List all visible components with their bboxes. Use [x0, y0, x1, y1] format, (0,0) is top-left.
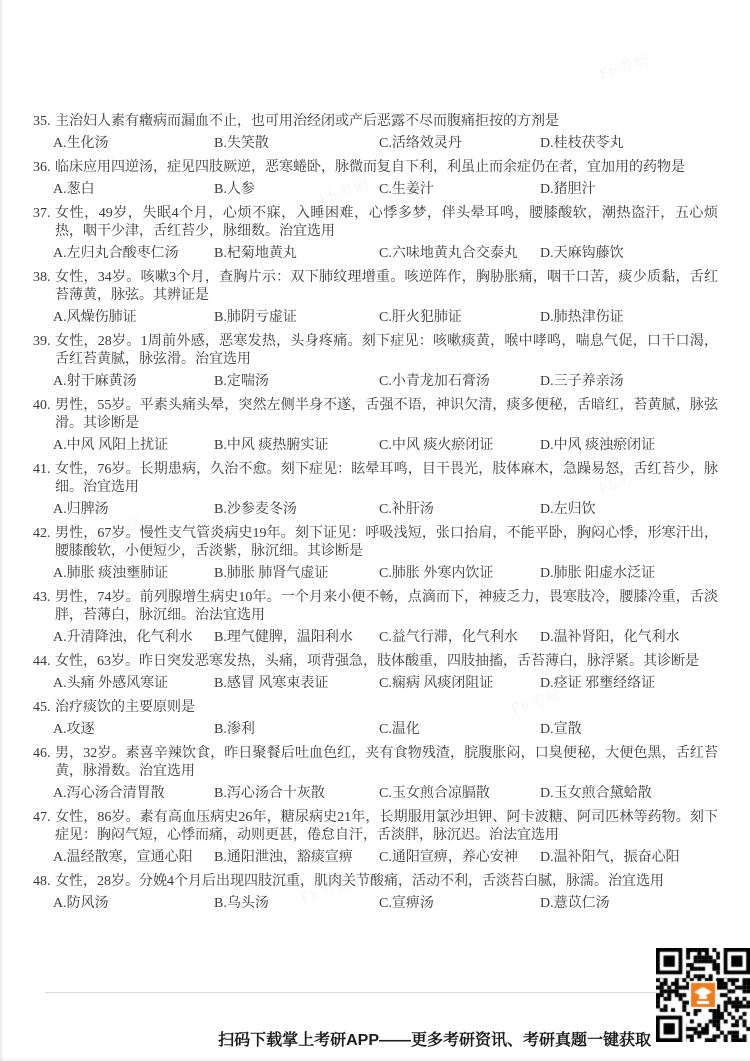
option-a: A.攻逐 — [53, 721, 214, 739]
question: 46. 男，32岁。素喜辛辣饮食，昨日聚餐后吐血色红，夹有食物残渣，脘腹胀闷，口… — [33, 745, 718, 803]
option-b: B.感冒 风寒束表证 — [214, 675, 379, 693]
question-number: 42. — [33, 525, 55, 561]
option-b: B.杞菊地黄丸 — [214, 245, 379, 263]
question-number: 45. — [33, 699, 55, 717]
option-b: B.泻心汤合十灰散 — [214, 785, 379, 803]
option-d: D.猪胆汁 — [540, 181, 718, 199]
question-number: 43. — [33, 589, 55, 625]
question-options: A.温经散寒，宣通心阳 B.通阳泄浊，豁痰宣痹 C.通阳宣痹，养心安神 D.温补… — [33, 849, 718, 867]
question: 36. 临床应用四逆汤，症见四肢厥逆，恶寒蜷卧，脉微而复自下利，利虽止而余症仍在… — [33, 159, 718, 199]
option-b: B.乌头汤 — [214, 895, 379, 913]
option-b: B.人参 — [214, 181, 379, 199]
question-stem-row: 41. 女性，76岁。长期患病，久治不愈。刻下症见：眩晕耳鸣，目干畏光，肢体麻木… — [33, 461, 718, 497]
qr-code — [656, 948, 750, 1042]
option-b: B.理气健脾，温阳利水 — [214, 629, 379, 647]
question-stem-row: 36. 临床应用四逆汤，症见四肢厥逆，恶寒蜷卧，脉微而复自下利，利虽止而余症仍在… — [33, 159, 718, 177]
option-c: C.肺胀 外寒内饮证 — [379, 565, 540, 583]
question-stem-row: 45. 治疗痰饮的主要原则是 — [33, 699, 718, 717]
option-d: D.桂枝茯苓丸 — [540, 135, 718, 153]
option-a: A.温经散寒，宣通心阳 — [53, 849, 214, 867]
option-d: D.左归饮 — [540, 501, 718, 519]
question-number: 46. — [33, 745, 55, 781]
question-stem: 女性，76岁。长期患病，久治不愈。刻下症见：眩晕耳鸣，目干畏光，肢体麻木，急躁易… — [55, 461, 718, 497]
option-b: B.沙参麦冬汤 — [214, 501, 379, 519]
question-options: A.风燥伤肺证 B.肺阴亏虚证 C.肝火犯肺证 D.肺热津伤证 — [33, 309, 718, 327]
option-a: A.中风 风阳上扰证 — [53, 437, 214, 455]
option-c: C.通阳宣痹，养心安神 — [379, 849, 540, 867]
question-number: 35. — [33, 113, 55, 131]
exam-page: Fb考研 Fb考研 Fb考研 Fb考研 Fb考研 Fb考研 35. 主治妇人素有… — [0, 0, 750, 1061]
option-c: C.痫病 风痰闭阻证 — [379, 675, 540, 693]
footer-caption: 扫码下载掌上考研APP——更多考研资讯、考研真题一键获取 — [218, 1027, 651, 1050]
question-number: 41. — [33, 461, 55, 497]
option-a: A.生化汤 — [53, 135, 214, 153]
option-b: B.肺胀 肺肾气虚证 — [214, 565, 379, 583]
option-a: A.升清降浊，化气利水 — [53, 629, 214, 647]
option-d: D.中风 痰浊瘀闭证 — [540, 437, 718, 455]
option-d: D.肺胀 阳虚水泛证 — [540, 565, 718, 583]
question-number: 39. — [33, 333, 55, 369]
option-d: D.温补肾阳，化气利水 — [540, 629, 718, 647]
option-c: C.温化 — [379, 721, 540, 739]
question: 44. 女性，63岁。昨日突发恶寒发热，头痛，项背强急，肢体酸重，四肢抽搐，舌苔… — [33, 653, 718, 693]
question-stem: 女性，63岁。昨日突发恶寒发热，头痛，项背强急，肢体酸重，四肢抽搐，舌苔薄白，脉… — [55, 653, 718, 671]
option-c: C.玉女煎合凉膈散 — [379, 785, 540, 803]
question: 48. 女性，28岁。分娩4个月后出现四肢沉重，肌肉关节酸痛，活动不利，舌淡苔白… — [33, 873, 718, 913]
question-number: 37. — [33, 205, 55, 241]
question-number: 47. — [33, 809, 55, 845]
option-b: B.肺阴亏虚证 — [214, 309, 379, 327]
question: 40. 男性，55岁。平素头痛头晕，突然左侧半身不遂，舌强不语，神识欠清，痰多便… — [33, 397, 718, 455]
option-c: C.生姜汁 — [379, 181, 540, 199]
question-stem: 主治妇人素有癥病而漏血不止，也可用治经闭或产后恶露不尽而腹痛拒按的方剂是 — [55, 113, 718, 131]
question-stem: 男，32岁。素喜辛辣饮食，昨日聚餐后吐血色红，夹有食物残渣，脘腹胀闷，口臭便秘，… — [55, 745, 718, 781]
question-stem-row: 35. 主治妇人素有癥病而漏血不止，也可用治经闭或产后恶露不尽而腹痛拒按的方剂是 — [33, 113, 718, 131]
question: 45. 治疗痰饮的主要原则是 A.攻逐 B.渗利 C.温化 D.宣散 — [33, 699, 718, 739]
question-number: 40. — [33, 397, 55, 433]
option-b: B.通阳泄浊，豁痰宣痹 — [214, 849, 379, 867]
question-options: A.左归丸合酸枣仁汤 B.杞菊地黄丸 C.六味地黄丸合交泰丸 D.天麻钩藤饮 — [33, 245, 718, 263]
question-options: A.头痛 外感风寒证 B.感冒 风寒束表证 C.痫病 风痰闭阻证 D.痉证 邪壅… — [33, 675, 718, 693]
question-options: A.肺胀 痰浊壅肺证 B.肺胀 肺肾气虚证 C.肺胀 外寒内饮证 D.肺胀 阳虚… — [33, 565, 718, 583]
footer-divider — [45, 992, 750, 993]
question-options: A.归脾汤 B.沙参麦冬汤 C.补肝汤 D.左归饮 — [33, 501, 718, 519]
question: 39. 女性，28岁。1周前外感，恶寒发热，头身疼痛。刻下症见：咳嗽痰黄，喉中哮… — [33, 333, 718, 391]
question-stem-row: 44. 女性，63岁。昨日突发恶寒发热，头痛，项背强急，肢体酸重，四肢抽搐，舌苔… — [33, 653, 718, 671]
question-stem: 男性，74岁。前列腺增生病史10年。一个月来小便不畅，点滴而下，神疲乏力，畏寒肢… — [55, 589, 718, 625]
question-stem-row: 37. 女性，49岁，失眠4个月，心烦不寐，入睡困难，心悸多梦，伴头晕耳鸣，腰膝… — [33, 205, 718, 241]
watermark: Fb考研 — [596, 47, 654, 84]
question: 35. 主治妇人素有癥病而漏血不止，也可用治经闭或产后恶露不尽而腹痛拒按的方剂是… — [33, 113, 718, 153]
option-b: B.失笑散 — [214, 135, 379, 153]
option-a: A.归脾汤 — [53, 501, 214, 519]
question-options: A.防风汤 B.乌头汤 C.宣痹汤 D.薏苡仁汤 — [33, 895, 718, 913]
question-number: 36. — [33, 159, 55, 177]
question-number: 38. — [33, 269, 55, 305]
question-stem: 临床应用四逆汤，症见四肢厥逆，恶寒蜷卧，脉微而复自下利，利虽止而余症仍在者，宜加… — [55, 159, 718, 177]
question-options: A.葱白 B.人参 C.生姜汁 D.猪胆汁 — [33, 181, 718, 199]
option-a: A.葱白 — [53, 181, 214, 199]
option-d: D.痉证 邪壅经络证 — [540, 675, 718, 693]
option-a: A.肺胀 痰浊壅肺证 — [53, 565, 214, 583]
option-d: D.天麻钩藤饮 — [540, 245, 718, 263]
option-c: C.宣痹汤 — [379, 895, 540, 913]
question: 41. 女性，76岁。长期患病，久治不愈。刻下症见：眩晕耳鸣，目干畏光，肢体麻木… — [33, 461, 718, 519]
question-stem-row: 39. 女性，28岁。1周前外感，恶寒发热，头身疼痛。刻下症见：咳嗽痰黄，喉中哮… — [33, 333, 718, 369]
option-a: A.头痛 外感风寒证 — [53, 675, 214, 693]
question-list: 35. 主治妇人素有癥病而漏血不止，也可用治经闭或产后恶露不尽而腹痛拒按的方剂是… — [0, 113, 750, 919]
option-c: C.中风 痰火瘀闭证 — [379, 437, 540, 455]
question-options: A.中风 风阳上扰证 B.中风 痰热腑实证 C.中风 痰火瘀闭证 D.中风 痰浊… — [33, 437, 718, 455]
question-stem: 女性，34岁。咳嗽3个月，查胸片示：双下肺纹理增重。咳逆阵作，胸胁胀痛，咽干口苦… — [55, 269, 718, 305]
option-d: D.三子养亲汤 — [540, 373, 718, 391]
option-d: D.肺热津伤证 — [540, 309, 718, 327]
question-options: A.攻逐 B.渗利 C.温化 D.宣散 — [33, 721, 718, 739]
question-number: 48. — [33, 873, 55, 891]
question-stem: 男性，55岁。平素头痛头晕，突然左侧半身不遂，舌强不语，神识欠清，痰多便秘，舌暗… — [55, 397, 718, 433]
question-stem-row: 48. 女性，28岁。分娩4个月后出现四肢沉重，肌肉关节酸痛，活动不利，舌淡苔白… — [33, 873, 718, 891]
question-number: 44. — [33, 653, 55, 671]
question-stem-row: 46. 男，32岁。素喜辛辣饮食，昨日聚餐后吐血色红，夹有食物残渣，脘腹胀闷，口… — [33, 745, 718, 781]
option-a: A.风燥伤肺证 — [53, 309, 214, 327]
option-d: D.薏苡仁汤 — [540, 895, 718, 913]
option-b: B.中风 痰热腑实证 — [214, 437, 379, 455]
option-a: A.泻心汤合清胃散 — [53, 785, 214, 803]
option-d: D.玉女煎合黛蛤散 — [540, 785, 718, 803]
question-options: A.生化汤 B.失笑散 C.活络效灵丹 D.桂枝茯苓丸 — [33, 135, 718, 153]
option-a: A.左归丸合酸枣仁汤 — [53, 245, 214, 263]
question-stem: 男性，67岁。慢性支气管炎病史19年。刻下证见：呼吸浅短，张口抬肩，不能平卧，胸… — [55, 525, 718, 561]
question: 47. 女性，86岁。素有高血压病史26年，糖尿病史21年，长期服用氯沙坦钾、阿… — [33, 809, 718, 867]
question: 37. 女性，49岁，失眠4个月，心烦不寐，入睡困难，心悸多梦，伴头晕耳鸣，腰膝… — [33, 205, 718, 263]
option-c: C.益气行滞，化气利水 — [379, 629, 540, 647]
question-stem: 女性，28岁。分娩4个月后出现四肢沉重，肌肉关节酸痛，活动不利，舌淡苔白腻，脉濡… — [55, 873, 718, 891]
option-c: C.补肝汤 — [379, 501, 540, 519]
question: 42. 男性，67岁。慢性支气管炎病史19年。刻下证见：呼吸浅短，张口抬肩，不能… — [33, 525, 718, 583]
option-c: C.活络效灵丹 — [379, 135, 540, 153]
option-c: C.小青龙加石膏汤 — [379, 373, 540, 391]
option-b: B.定喘汤 — [214, 373, 379, 391]
question-options: A.射干麻黄汤 B.定喘汤 C.小青龙加石膏汤 D.三子养亲汤 — [33, 373, 718, 391]
question-stem: 女性，86岁。素有高血压病史26年，糖尿病史21年，长期服用氯沙坦钾、阿卡波糖、… — [55, 809, 718, 845]
question-stem-row: 47. 女性，86岁。素有高血压病史26年，糖尿病史21年，长期服用氯沙坦钾、阿… — [33, 809, 718, 845]
question-stem: 女性，49岁，失眠4个月，心烦不寐，入睡困难，心悸多梦，伴头晕耳鸣，腰膝酸软，潮… — [55, 205, 718, 241]
question-stem-row: 40. 男性，55岁。平素头痛头晕，突然左侧半身不遂，舌强不语，神识欠清，痰多便… — [33, 397, 718, 433]
option-b: B.渗利 — [214, 721, 379, 739]
question-stem: 女性，28岁。1周前外感，恶寒发热，头身疼痛。刻下症见：咳嗽痰黄，喉中哮鸣，喘息… — [55, 333, 718, 369]
option-c: C.六味地黄丸合交泰丸 — [379, 245, 540, 263]
question-options: A.升清降浊，化气利水 B.理气健脾，温阳利水 C.益气行滞，化气利水 D.温补… — [33, 629, 718, 647]
question-stem-row: 42. 男性，67岁。慢性支气管炎病史19年。刻下证见：呼吸浅短，张口抬肩，不能… — [33, 525, 718, 561]
question: 43. 男性，74岁。前列腺增生病史10年。一个月来小便不畅，点滴而下，神疲乏力… — [33, 589, 718, 647]
option-d: D.宣散 — [540, 721, 718, 739]
question: 38. 女性，34岁。咳嗽3个月，查胸片示：双下肺纹理增重。咳逆阵作，胸胁胀痛，… — [33, 269, 718, 327]
option-a: A.射干麻黄汤 — [53, 373, 214, 391]
question-stem: 治疗痰饮的主要原则是 — [55, 699, 718, 717]
option-c: C.肝火犯肺证 — [379, 309, 540, 327]
question-stem-row: 38. 女性，34岁。咳嗽3个月，查胸片示：双下肺纹理增重。咳逆阵作，胸胁胀痛，… — [33, 269, 718, 305]
question-stem-row: 43. 男性，74岁。前列腺增生病史10年。一个月来小便不畅，点滴而下，神疲乏力… — [33, 589, 718, 625]
option-a: A.防风汤 — [53, 895, 214, 913]
question-options: A.泻心汤合清胃散 B.泻心汤合十灰散 C.玉女煎合凉膈散 D.玉女煎合黛蛤散 — [33, 785, 718, 803]
option-d: D.温补阳气，振奋心阳 — [540, 849, 718, 867]
